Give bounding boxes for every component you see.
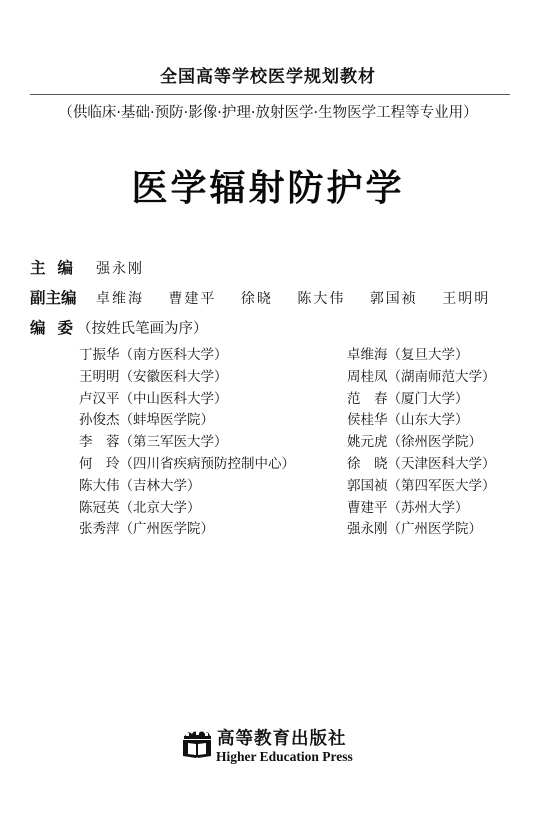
series-title: 全国高等学校医学规划教材 [0, 62, 536, 87]
board-member: 张秀萍（广州医学院） [79, 519, 295, 541]
board-member: 范 春（厦门大学） [347, 389, 496, 411]
member-name: 徐 晓 [347, 456, 388, 472]
publisher-name-cn: 高等教育出版社 [217, 725, 347, 750]
board-members-left-column: 丁振华（南方医科大学） 王明明（安徽医科大学） 卢汉平（中山医科大学） 孙俊杰（… [79, 345, 295, 541]
board-member: 姚元虎（徐州医学院） [347, 432, 496, 454]
board-member: 卓维海（复旦大学） [347, 345, 496, 367]
intended-audience-subtitle: （供临床·基础·预防·影像·护理·放射医学·生物医学工程等专业用） [0, 101, 536, 122]
board-member: 王明明（安徽医科大学） [79, 367, 295, 389]
deputy-editor-name: 王明明 [442, 291, 490, 307]
board-member: 孙俊杰（蚌埠医学院） [79, 410, 295, 432]
member-name: 强永刚 [347, 521, 388, 537]
member-name: 丁振华 [79, 347, 120, 363]
member-affiliation: （北京大学） [120, 500, 201, 516]
member-name: 郭国祯 [347, 478, 388, 494]
book-stack-logo-icon [180, 728, 214, 760]
member-name: 卢汉平 [79, 391, 120, 407]
board-member: 李 蓉（第三军医大学） [79, 432, 295, 454]
publisher-name-en: Higher Education Press [216, 749, 353, 765]
board-member: 卢汉平（中山医科大学） [79, 389, 295, 411]
member-name: 王明明 [79, 369, 120, 385]
member-affiliation: （苏州大学） [388, 500, 469, 516]
member-affiliation: （安徽医科大学） [120, 369, 228, 385]
board-member: 郭国祯（第四军医大学） [347, 476, 496, 498]
board-member: 何 玲（四川省疾病预防控制中心） [79, 454, 295, 476]
member-affiliation: （山东大学） [388, 412, 469, 428]
member-name: 何 玲 [79, 456, 120, 472]
chief-editor-name: 强永刚 [96, 258, 144, 278]
board-member: 陈冠英（北京大学） [79, 498, 295, 520]
header-divider [30, 94, 510, 95]
deputy-editor-name: 郭国祯 [370, 291, 418, 307]
chief-editor-row: 主编 强永刚 [30, 256, 144, 278]
member-name: 范 春 [347, 391, 388, 407]
board-member: 曹建平（苏州大学） [347, 498, 496, 520]
member-affiliation: （天津医科大学） [388, 456, 496, 472]
board-member: 强永刚（广州医学院） [347, 519, 496, 541]
member-name: 陈冠英 [79, 500, 120, 516]
member-name: 陈大伟 [79, 478, 120, 494]
deputy-editor-name: 陈大伟 [297, 291, 345, 307]
deputy-editor-name: 徐晓 [241, 291, 273, 307]
editorial-board-row: 编委 （按姓氏笔画为序） [30, 316, 208, 338]
member-name: 孙俊杰 [79, 412, 120, 428]
member-affiliation: （复旦大学） [388, 347, 469, 363]
member-affiliation: （第三军医大学） [120, 434, 228, 450]
deputy-editor-label: 副主编 [30, 286, 96, 308]
member-affiliation: （吉林大学） [120, 478, 201, 494]
deputy-editor-names: 卓维海 曹建平 徐晓 陈大伟 郭国祯 王明明 [96, 288, 510, 308]
member-affiliation: （湖南师范大学） [388, 369, 496, 385]
member-affiliation: （厦门大学） [388, 391, 469, 407]
member-affiliation: （广州医学院） [120, 521, 215, 537]
member-affiliation: （第四军医大学） [388, 478, 496, 494]
board-member: 周桂凤（湖南师范大学） [347, 367, 496, 389]
member-name: 卓维海 [347, 347, 388, 363]
member-name: 侯桂华 [347, 412, 388, 428]
editorial-board-note: （按姓氏笔画为序） [77, 317, 208, 338]
member-name: 张秀萍 [79, 521, 120, 537]
deputy-editors-row: 副主编 卓维海 曹建平 徐晓 陈大伟 郭国祯 王明明 [30, 286, 510, 308]
chief-editor-label: 主编 [30, 256, 96, 278]
deputy-editor-name: 曹建平 [168, 291, 216, 307]
board-members-right-column: 卓维海（复旦大学） 周桂凤（湖南师范大学） 范 春（厦门大学） 侯桂华（山东大学… [347, 345, 496, 541]
board-member: 陈大伟（吉林大学） [79, 476, 295, 498]
board-member: 侯桂华（山东大学） [347, 410, 496, 432]
member-name: 李 蓉 [79, 434, 120, 450]
book-title: 医学辐射防护学 [0, 160, 536, 211]
deputy-editor-name: 卓维海 [96, 291, 144, 307]
member-affiliation: （广州医学院） [388, 521, 483, 537]
member-name: 曹建平 [347, 500, 388, 516]
publisher-block: 高等教育出版社 Higher Education Press [180, 725, 380, 770]
member-affiliation: （徐州医学院） [388, 434, 483, 450]
member-affiliation: （中山医科大学） [120, 391, 228, 407]
member-name: 姚元虎 [347, 434, 388, 450]
board-member: 丁振华（南方医科大学） [79, 345, 295, 367]
board-member: 徐 晓（天津医科大学） [347, 454, 496, 476]
member-affiliation: （四川省疾病预防控制中心） [120, 456, 296, 472]
member-affiliation: （南方医科大学） [120, 347, 228, 363]
member-affiliation: （蚌埠医学院） [120, 412, 215, 428]
member-name: 周桂凤 [347, 369, 388, 385]
